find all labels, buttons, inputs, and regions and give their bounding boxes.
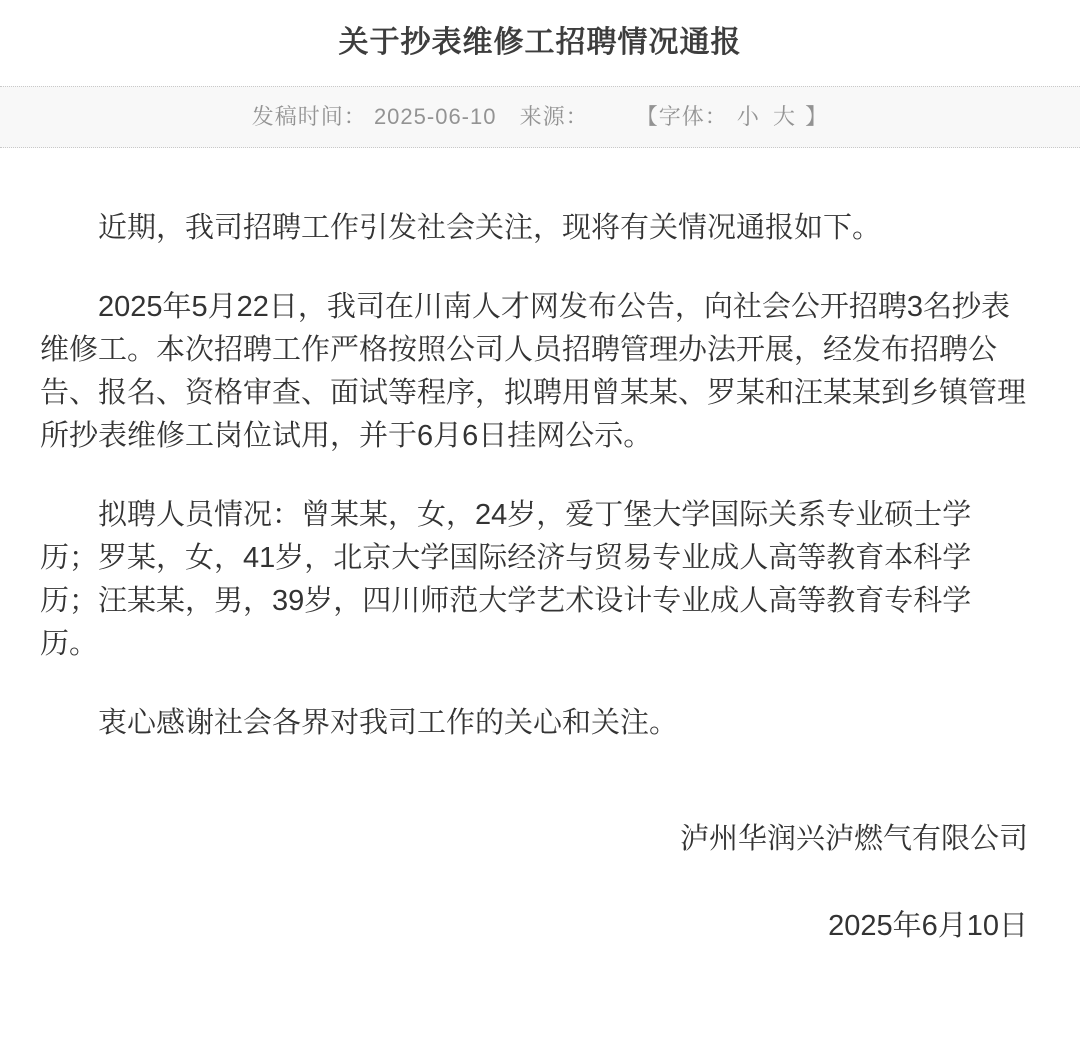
notice-page: 关于抄表维修工招聘情况通报 发稿时间： 2025-06-10 来源： 【字体： … (0, 0, 1080, 1042)
body-paragraph: 衷心感谢社会各界对我司工作的关心和关注。 (40, 702, 1028, 745)
body-paragraph: 近期，我司招聘工作引发社会关注，现将有关情况通报如下。 (40, 207, 1028, 250)
meta-bar: 发稿时间： 2025-06-10 来源： 【字体： 小 大 】 (0, 86, 1080, 148)
font-size-large-button[interactable]: 大 (773, 87, 796, 147)
publish-time-label: 发稿时间： (252, 87, 367, 147)
font-size-small-button[interactable]: 小 (737, 87, 760, 147)
font-size-label-open: 【字体： (636, 87, 728, 147)
body-paragraph: 2025年5月22日，我司在川南人才网发布公告，向社会公开招聘3名抄表维修工。本… (40, 286, 1028, 458)
signature: 泸州华润兴泸燃气有限公司 (40, 818, 1028, 861)
source-label: 来源： (520, 87, 589, 147)
body-paragraph: 拟聘人员情况：曾某某，女，24岁，爱丁堡大学国际关系专业硕士学历；罗某，女，41… (40, 494, 1028, 666)
font-size-label-close: 】 (805, 87, 828, 147)
notice-date: 2025年6月10日 (40, 905, 1028, 948)
publish-time-value: 2025-06-10 (374, 87, 497, 147)
page-title: 关于抄表维修工招聘情况通报 (0, 0, 1080, 86)
notice-body: 近期，我司招聘工作引发社会关注，现将有关情况通报如下。 2025年5月22日，我… (0, 148, 1080, 1006)
